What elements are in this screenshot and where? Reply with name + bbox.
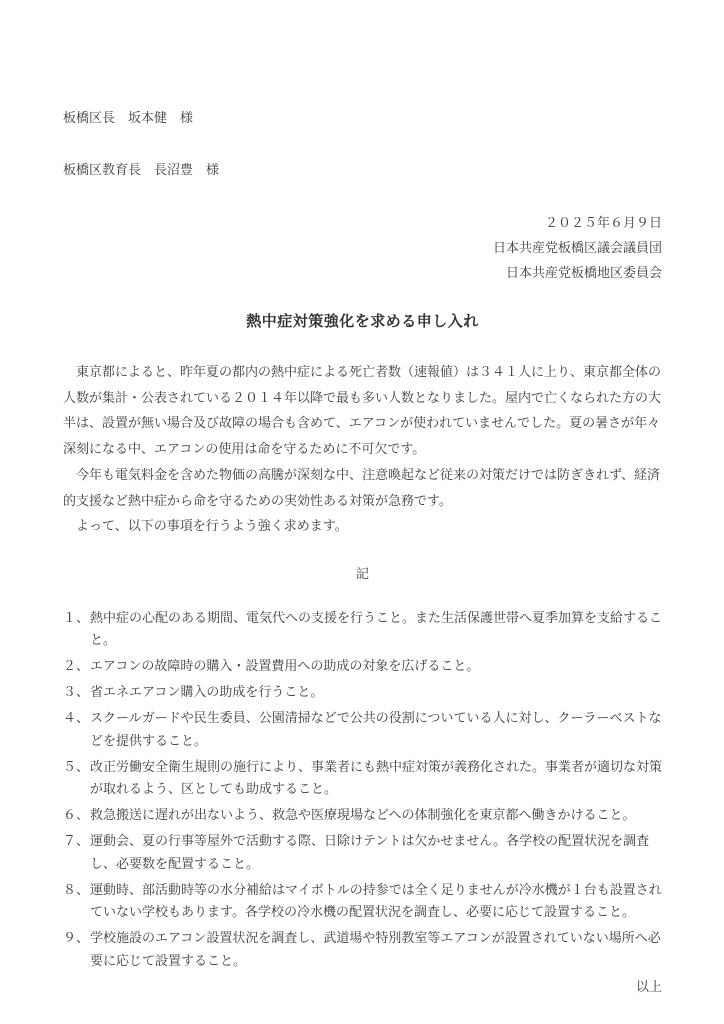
- sender-line-assembly-group: 日本共産党板橋区議会議員団: [63, 236, 662, 261]
- item-text: 運動時、部活動時等の水分補給はマイボトルの持参では全く足りませんが冷水機が１台も…: [90, 880, 662, 925]
- item-text: 救急搬送に遅れが出ないよう、救急や医療現場などへの体制強化を東京都へ働きかけるこ…: [90, 805, 662, 828]
- closing-label: 以上: [63, 977, 662, 1000]
- demand-list: １、 熱中症の心配のある期間、電気代への支援を行うこと。また生活保護世帯へ夏季加…: [63, 608, 662, 974]
- item-number: ２、: [63, 656, 90, 679]
- item-text: 学校施設のエアコン設置状況を調査し、武道場や特別教室等エアコンが設置されていない…: [90, 928, 662, 973]
- item-text: 省エネエアコン購入の助成を行うこと。: [90, 682, 662, 705]
- demand-item-8: ８、 運動時、部活動時等の水分補給はマイボトルの持参では全く足りませんが冷水機が…: [63, 880, 662, 925]
- item-text: 運動会、夏の行事等屋外で活動する際、日除けテントは欠かせません。各学校の配置状況…: [90, 831, 662, 876]
- item-number: ８、: [63, 880, 90, 925]
- demand-item-6: ６、 救急搬送に遅れが出ないよう、救急や医療現場などへの体制強化を東京都へ働きか…: [63, 805, 662, 828]
- paragraph-2: 今年も電気料金を含めた物価の高騰が深刻な中、注意喚起など従来の対策だけでは防ぎき…: [63, 463, 662, 514]
- paragraph-1: 東京都によると、昨年夏の都内の熱中症による死亡者数（速報値）は３４１人に上り、東…: [63, 360, 662, 463]
- recipient-line-education-chief: 板橋区教育長 長沼豊 様: [63, 158, 662, 184]
- recipient-block: 板橋区長 坂本健 様 板橋区教育長 長沼豊 様: [63, 80, 662, 210]
- document-title: 熱中症対策強化を求める申し入れ: [63, 308, 662, 335]
- item-number: ７、: [63, 831, 90, 876]
- demand-item-7: ７、 運動会、夏の行事等屋外で活動する際、日除けテントは欠かせません。各学校の配…: [63, 831, 662, 876]
- document-page: 板橋区長 坂本健 様 板橋区教育長 長沼豊 様 ２０２５年６月９日 日本共産党板…: [0, 0, 724, 1024]
- item-number: ５、: [63, 757, 90, 802]
- item-text: スクールガードや民生委員、公園清掃などで公共の役割についている人に対し、クーラー…: [90, 708, 662, 753]
- item-number: ４、: [63, 708, 90, 753]
- sender-block: ２０２５年６月９日 日本共産党板橋区議会議員団 日本共産党板橋地区委員会: [63, 211, 662, 286]
- item-number: ３、: [63, 682, 90, 705]
- demand-item-9: ９、 学校施設のエアコン設置状況を調査し、武道場や特別教室等エアコンが設置されて…: [63, 928, 662, 973]
- document-body: 東京都によると、昨年夏の都内の熱中症による死亡者数（速報値）は３４１人に上り、東…: [63, 360, 662, 540]
- date-line: ２０２５年６月９日: [63, 211, 662, 236]
- demand-item-5: ５、 改正労働安全衛生規則の施行により、事業者にも熱中症対策が義務化された。事業…: [63, 757, 662, 802]
- sender-line-district-committee: 日本共産党板橋地区委員会: [63, 261, 662, 286]
- paragraph-3: よって、以下の事項を行うよう強く求めます。: [63, 514, 662, 540]
- record-marker: 記: [63, 562, 662, 588]
- demand-item-4: ４、 スクールガードや民生委員、公園清掃などで公共の役割についている人に対し、ク…: [63, 708, 662, 753]
- item-text: 熱中症の心配のある期間、電気代への支援を行うこと。また生活保護世帯へ夏季加算を支…: [90, 608, 662, 653]
- item-text: 改正労働安全衛生規則の施行により、事業者にも熱中症対策が義務化された。事業者が適…: [90, 757, 662, 802]
- item-number: ９、: [63, 928, 90, 973]
- recipient-line-mayor: 板橋区長 坂本健 様: [63, 106, 662, 132]
- item-number: １、: [63, 608, 90, 653]
- demand-item-1: １、 熱中症の心配のある期間、電気代への支援を行うこと。また生活保護世帯へ夏季加…: [63, 608, 662, 653]
- item-text: エアコンの故障時の購入・設置費用への助成の対象を広げること。: [90, 656, 662, 679]
- item-number: ６、: [63, 805, 90, 828]
- demand-item-2: ２、 エアコンの故障時の購入・設置費用への助成の対象を広げること。: [63, 656, 662, 679]
- demand-item-3: ３、 省エネエアコン購入の助成を行うこと。: [63, 682, 662, 705]
